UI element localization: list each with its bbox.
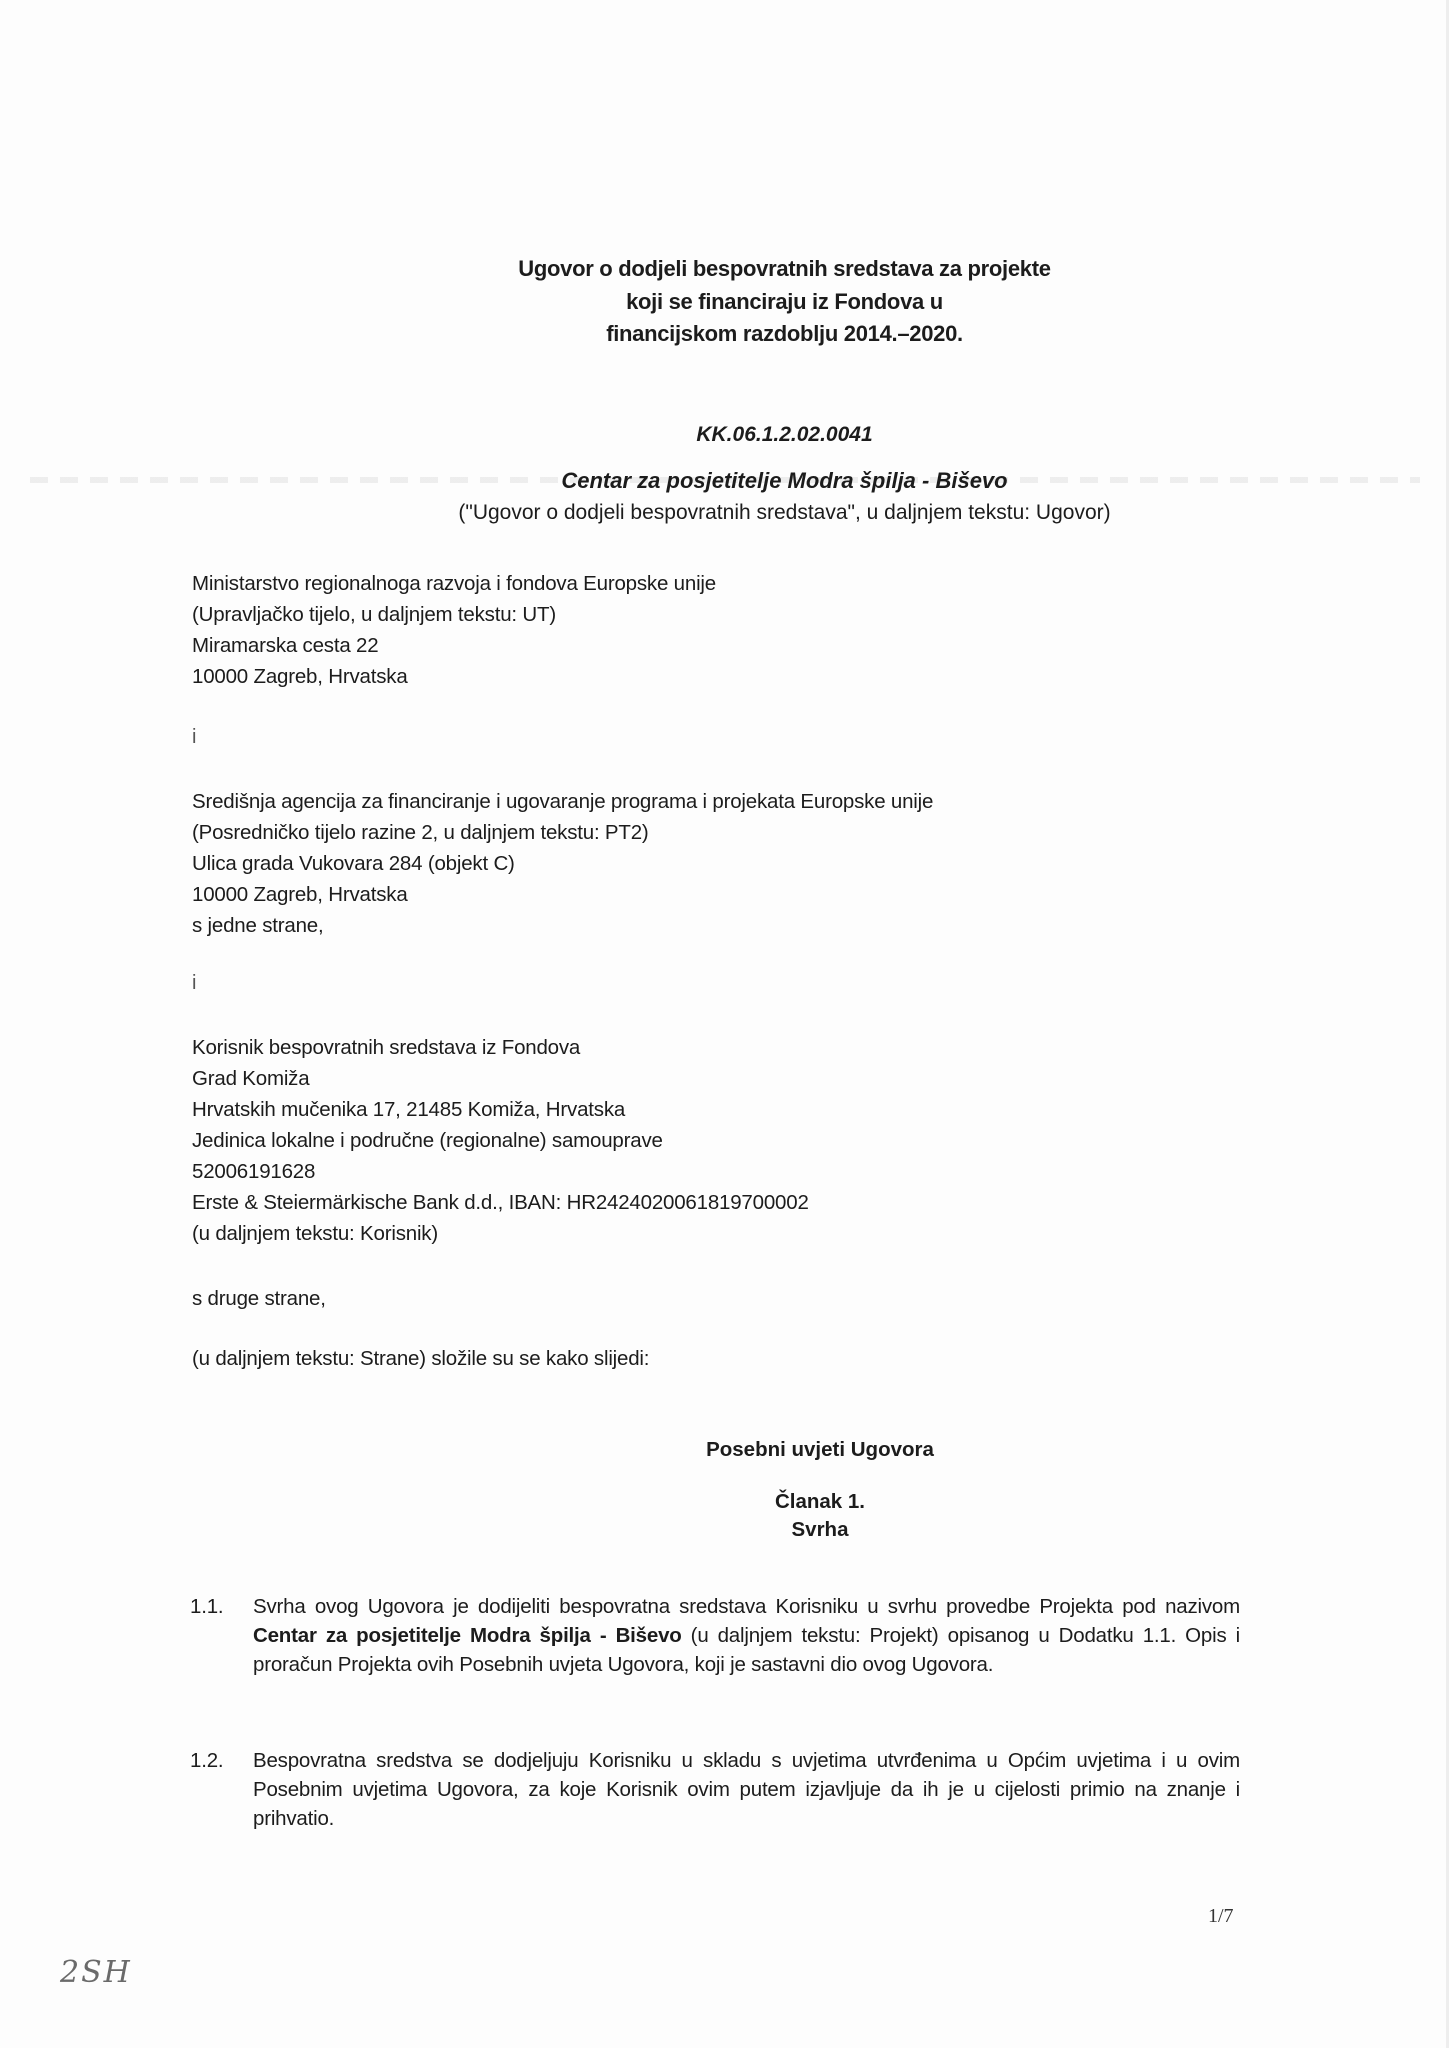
party-line: Središnja agencija za financiranje i ugo… xyxy=(192,786,933,817)
clause-text: Bespovratna sredstva se dodjeljuju Koris… xyxy=(253,1746,1240,1833)
article-number: Članak 1. xyxy=(270,1490,1370,1514)
oib-number: 52006191628 xyxy=(192,1156,809,1187)
title-line-1: Ugovor o dodjeli bespovratnih sredstava … xyxy=(60,254,1449,286)
reference-number: KK.06.1.2.02.0041 xyxy=(60,423,1449,447)
conjunction: i xyxy=(192,972,196,995)
party-line: (u daljnjem tekstu: Korisnik) xyxy=(192,1218,809,1249)
title-line-3: financijskom razdoblju 2014.–2020. xyxy=(60,318,1449,350)
project-title: Centar za posjetitelje Modra špilja - Bi… xyxy=(60,468,1449,494)
page-number: 1/7 xyxy=(1208,1905,1234,1928)
other-side-text: s druge strane, xyxy=(192,1283,326,1314)
party-line: Jedinica lokalne i područne (regionalne)… xyxy=(192,1125,809,1156)
clause-1-2: 1.2. Bespovratna sredstva se dodjeljuju … xyxy=(190,1746,1240,1833)
party-line: 10000 Zagreb, Hrvatska xyxy=(192,661,716,692)
clause-number: 1.2. xyxy=(190,1746,223,1775)
party-line: Hrvatskih mučenika 17, 21485 Komiža, Hrv… xyxy=(192,1094,809,1125)
party-line: 10000 Zagreb, Hrvatska xyxy=(192,879,933,910)
title-line-2: koji se financiraju iz Fondova u xyxy=(60,286,1449,318)
conjunction: i xyxy=(192,726,196,749)
document-title: Ugovor o dodjeli bespovratnih sredstava … xyxy=(60,254,1449,350)
party-line: (Posredničko tijelo razine 2, u daljnjem… xyxy=(192,817,933,848)
party-intermediate-body: Središnja agencija za financiranje i ugo… xyxy=(192,786,933,941)
bank-iban: Erste & Steiermärkische Bank d.d., IBAN:… xyxy=(192,1187,809,1218)
contract-alias: ("Ugovor o dodjeli bespovratnih sredstav… xyxy=(60,501,1449,525)
party-beneficiary: Korisnik bespovratnih sredstava iz Fondo… xyxy=(192,1032,809,1249)
clause-1-1: 1.1. Svrha ovog Ugovora je dodijeliti be… xyxy=(190,1592,1240,1679)
clause-text: Svrha ovog Ugovora je dodijeliti bespovr… xyxy=(253,1592,1240,1679)
party-line: Korisnik bespovratnih sredstava iz Fondo… xyxy=(192,1032,809,1063)
handwritten-annotation: 2SH xyxy=(60,1955,132,1990)
party-line: s jedne strane, xyxy=(192,910,933,941)
clause-number: 1.1. xyxy=(190,1592,223,1621)
article-title: Svrha xyxy=(270,1518,1370,1542)
section-heading: Posebni uvjeti Ugovora xyxy=(270,1438,1370,1462)
other-side-line: s druge strane, xyxy=(192,1283,326,1314)
agreement-line: (u daljnjem tekstu: Strane) složile su s… xyxy=(192,1343,649,1374)
party-line: Ulica grada Vukovara 284 (objekt C) xyxy=(192,848,933,879)
project-name-bold: Centar za posjetitelje Modra špilja - Bi… xyxy=(253,1624,682,1647)
party-line: (Upravljačko tijelo, u daljnjem tekstu: … xyxy=(192,599,716,630)
agreement-statement: (u daljnjem tekstu: Strane) složile su s… xyxy=(192,1343,649,1374)
party-line: Grad Komiža xyxy=(192,1063,809,1094)
party-managing-authority: Ministarstvo regionalnoga razvoja i fond… xyxy=(192,568,716,692)
party-line: Miramarska cesta 22 xyxy=(192,630,716,661)
party-line: Ministarstvo regionalnoga razvoja i fond… xyxy=(192,568,716,599)
document-page: Ugovor o dodjeli bespovratnih sredstava … xyxy=(0,0,1449,2048)
